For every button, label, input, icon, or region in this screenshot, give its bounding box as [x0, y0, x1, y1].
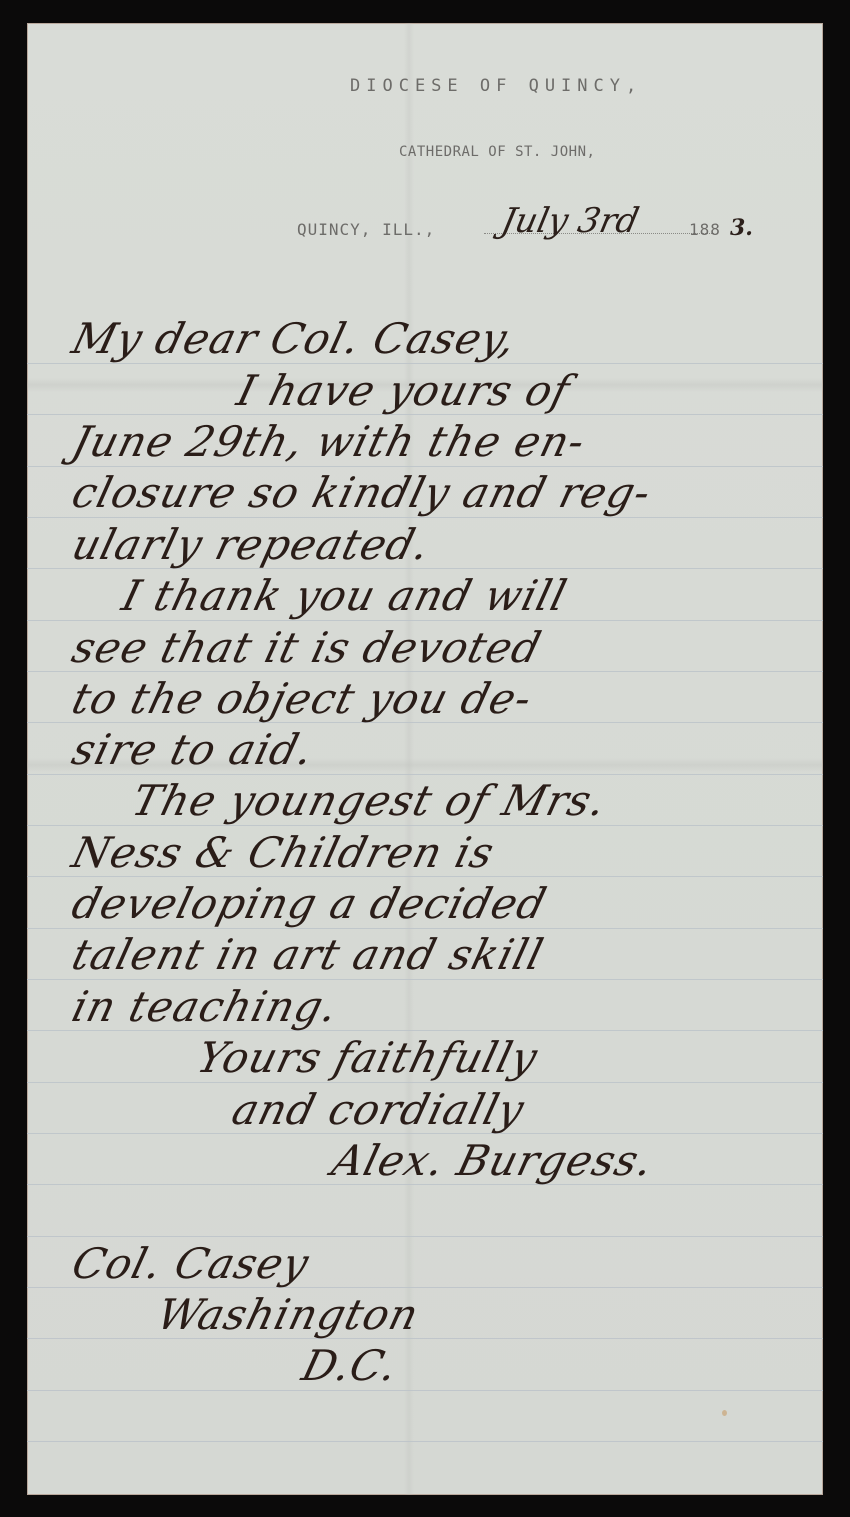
body-line: sire to aid. [67, 724, 319, 775]
letterhead-diocese: DIOCESE OF QUINCY, [350, 76, 642, 96]
address-line: Washington [152, 1289, 424, 1340]
signature: Alex. Burgess. [327, 1135, 659, 1186]
address-line: D.C. [297, 1340, 403, 1391]
printed-year-prefix: 188 [689, 220, 721, 239]
body-line: Ness & Children is [67, 827, 500, 878]
body-line: The youngest of Mrs. [127, 775, 612, 826]
body-line: I thank you and will [117, 570, 572, 621]
ruled-line [27, 1390, 823, 1391]
address-line: Col. Casey [67, 1238, 315, 1289]
handwritten-year-digit: 3. [730, 215, 753, 241]
body-line: developing a decided [67, 878, 552, 929]
closing-line: and cordially [227, 1084, 530, 1135]
ruled-line [27, 1441, 823, 1442]
body-line: June 29th, with the en- [67, 416, 591, 467]
letterhead-cathedral: CATHEDRAL OF ST. JOHN, [399, 144, 595, 160]
ruled-line [27, 1236, 823, 1237]
ruled-line [27, 1338, 823, 1339]
body-line: closure so kindly and reg- [67, 467, 657, 518]
closing-line: Yours faithfully [192, 1032, 543, 1083]
salutation: My dear Col. Casey, [67, 313, 522, 364]
fold-crease-vertical [404, 23, 414, 1495]
body-line: in teaching. [67, 981, 344, 1032]
paper-stain [722, 1410, 727, 1416]
body-line: ularly repeated. [67, 519, 436, 570]
letterhead-place: QUINCY, ILL., [297, 220, 435, 239]
handwritten-date: July 3rd [498, 201, 643, 241]
body-line: see that it is devoted [67, 622, 547, 673]
body-line: talent in art and skill [67, 929, 549, 980]
letter-paper: DIOCESE OF QUINCY, CATHEDRAL OF ST. JOHN… [27, 23, 823, 1495]
body-line: I have yours of [232, 365, 576, 416]
body-line: to the object you de- [67, 673, 538, 724]
